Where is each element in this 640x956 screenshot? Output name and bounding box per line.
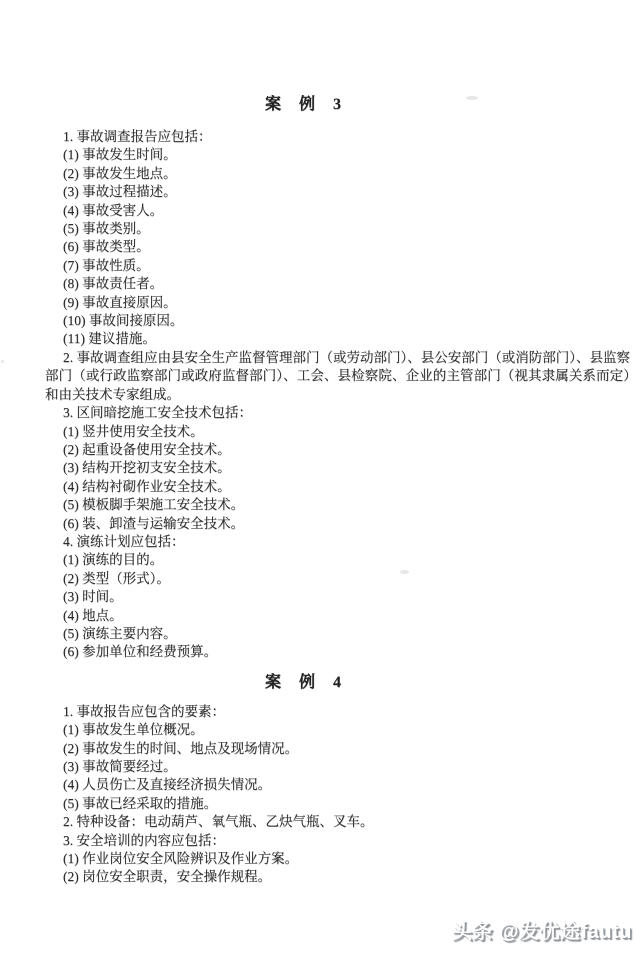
case-3-title: 案 例 3 — [11, 96, 596, 114]
paragraph-line: (1) 演练的目的。 — [45, 551, 630, 569]
paragraph-line: (5) 事故类别。 — [45, 220, 630, 238]
paragraph-line: (4) 结构衬砌作业安全技术。 — [45, 478, 630, 496]
paragraph-line: (3) 时间。 — [45, 588, 630, 606]
paragraph-line: (8) 事故责任者。 — [45, 275, 630, 293]
paragraph-line: (5) 演练主要内容。 — [45, 625, 630, 643]
paragraph-line: (5) 事故已经采取的措施。 — [45, 795, 630, 813]
paragraph-line: (9) 事故直接原因。 — [45, 294, 630, 312]
paragraph-line: (2) 类型（形式）。 — [45, 570, 630, 588]
paragraph-line: 4. 演练计划应包括： — [45, 533, 630, 551]
toutiao-watermark: 头条 @发优途fautu — [452, 915, 632, 944]
paragraph-line: (6) 事故类型。 — [45, 238, 630, 256]
paragraph-line: (2) 岗位安全职责，安全操作规程。 — [45, 868, 630, 886]
paragraph-line: 2. 事故调查组应由县安全生产监督管理部门（或劳动部门）、县公安部门（或消防部门… — [45, 349, 630, 404]
paragraph-line: (4) 人员伤亡及直接经济损失情况。 — [45, 776, 630, 794]
scanned-document-page: 案 例 3 1. 事故调查报告应包括： (1) 事故发生时间。 (2) 事故发生… — [0, 0, 640, 956]
paragraph-line: 2. 特种设备：电动葫芦、氧气瓶、乙炔气瓶、叉车。 — [45, 813, 630, 831]
scan-artifact — [400, 570, 409, 574]
paragraph-line: 3. 区间暗挖施工安全技术包括： — [45, 404, 630, 422]
paragraph-line: (4) 地点。 — [45, 607, 630, 625]
case-4-title: 案 例 4 — [11, 674, 596, 692]
paragraph-line: (4) 事故受害人。 — [45, 202, 630, 220]
paragraph-line: (1) 作业岗位安全风险辨识及作业方案。 — [45, 850, 630, 868]
scan-artifact — [466, 96, 478, 100]
paragraph-line: (1) 事故发生单位概况。 — [45, 721, 630, 739]
scan-artifact — [1, 360, 4, 363]
paragraph-line: (3) 结构开挖初支安全技术。 — [45, 459, 630, 477]
paragraph-line: (6) 参加单位和经费预算。 — [45, 643, 630, 661]
paragraph-line: (2) 事故发生的时间、地点及现场情况。 — [45, 740, 630, 758]
document-content: 案 例 3 1. 事故调查报告应包括： (1) 事故发生时间。 (2) 事故发生… — [45, 96, 630, 887]
paragraph-line: (1) 事故发生时间。 — [45, 146, 630, 164]
paragraph-line: (2) 起重设备使用安全技术。 — [45, 441, 630, 459]
paragraph-line: (2) 事故发生地点。 — [45, 165, 630, 183]
paragraph-line: (3) 事故过程描述。 — [45, 183, 630, 201]
paragraph-line: (11) 建议措施。 — [45, 330, 630, 348]
paragraph-line: (5) 模板脚手架施工安全技术。 — [45, 496, 630, 514]
paragraph-line: 1. 事故报告应包含的要素： — [45, 703, 630, 721]
paragraph-line: (7) 事故性质。 — [45, 257, 630, 275]
paragraph-line: 3. 安全培训的内容应包括： — [45, 832, 630, 850]
paragraph-line: (1) 竖井使用安全技术。 — [45, 423, 630, 441]
paragraph-line: (10) 事故间接原因。 — [45, 312, 630, 330]
paragraph-line: (3) 事故简要经过。 — [45, 758, 630, 776]
paragraph-line: 1. 事故调查报告应包括： — [45, 128, 630, 146]
paragraph-line: (6) 装、卸渣与运输安全技术。 — [45, 515, 630, 533]
